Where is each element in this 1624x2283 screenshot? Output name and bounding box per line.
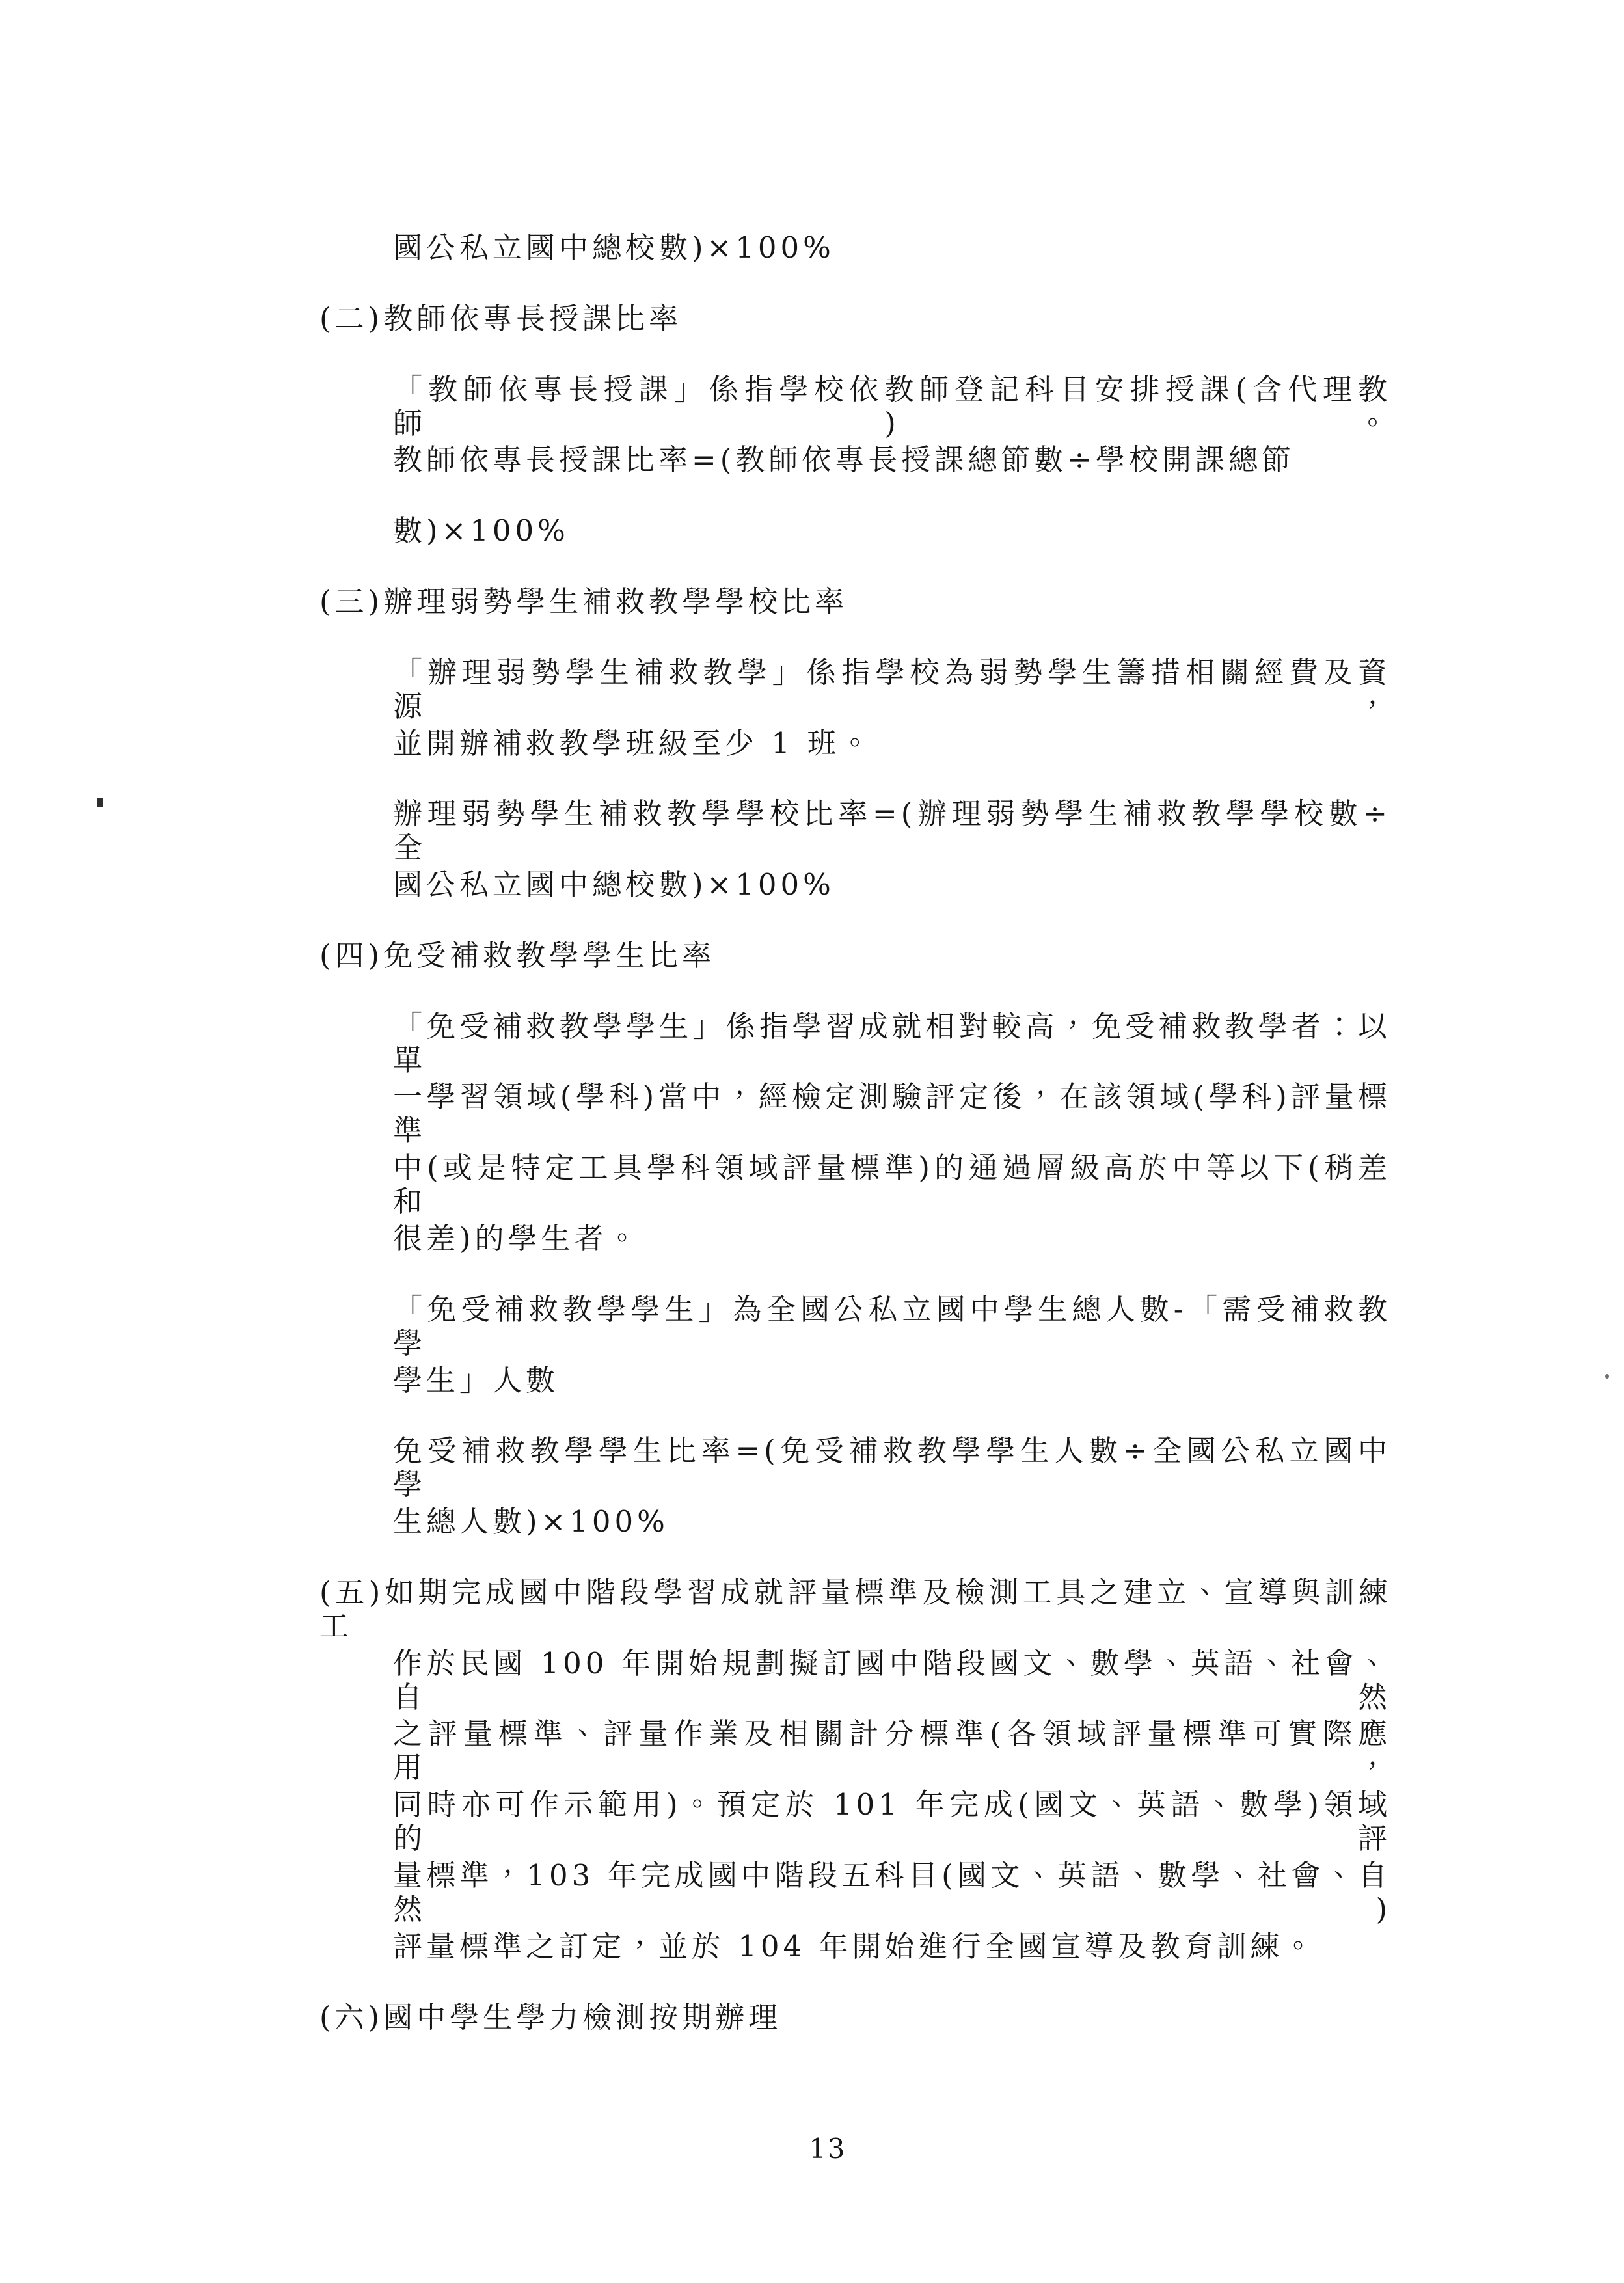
list-item-heading: (四)免受補救教學學生比率 — [319, 939, 715, 973]
paragraph-line: 之評量標準、評量作業及相關計分標準(各領域評量標準可實際應用， — [393, 1717, 1391, 1785]
paragraph-line: 「免受補救教學學生」係指學習成就相對較高，免受補救教學者：以單 — [393, 1010, 1391, 1077]
formula-line: 生總人數)×100% — [393, 1505, 669, 1539]
paragraph-line: 國公私立國中總校數)×100% — [393, 231, 835, 265]
page-number: 13 — [809, 2133, 846, 2165]
paragraph-line: 中(或是特定工具學科領域評量標準)的通過層級高於中等以下(稍差和 — [393, 1151, 1391, 1219]
paragraph-line: 同時亦可作示範用)。預定於 101 年完成(國文、英語、數學)領域的評 — [393, 1788, 1391, 1856]
list-item-heading: (五)如期完成國中階段學習成就評量標準及檢測工具之建立、宣導與訓練工 — [319, 1576, 1392, 1643]
paragraph-line: 很差)的學生者。 — [393, 1222, 641, 1256]
list-item-heading: (六)國中學生學力檢測按期辦理 — [319, 2001, 781, 2034]
formula-line: 教師依專長授課比率=(教師依專長授課總節數÷學校開課總節 — [393, 443, 1295, 477]
paragraph-line: 評量標準之訂定，並於 104 年開始進行全國宣導及教育訓練。 — [393, 1930, 1317, 1964]
paragraph-line: 並開辦補救教學班級至少 1 班。 — [393, 727, 873, 761]
paragraph-line: 量標準，103 年完成國中階段五科目(國文、英語、數學、社會、自然) — [393, 1859, 1391, 1926]
formula-line: 數)×100% — [393, 514, 569, 548]
scan-artifact-speck — [97, 798, 103, 807]
formula-line: 辦理弱勢學生補救教學學校比率=(辦理弱勢學生補救教學學校數÷全 — [393, 797, 1391, 865]
formula-line: 免受補救教學學生比率=(免受補救教學學生人數÷全國公私立國中學 — [393, 1434, 1391, 1502]
paragraph-line: 一學習領域(學科)當中，經檢定測驗評定後，在該領域(學科)評量標準 — [393, 1080, 1391, 1148]
scan-artifact-speck — [1605, 1374, 1609, 1379]
document-page: 國公私立國中總校數)×100% (二)教師依專長授課比率 「教師依專長授課」係指… — [0, 0, 1624, 2283]
paragraph-line: 學生」人數 — [393, 1364, 559, 1398]
list-item-heading: (二)教師依專長授課比率 — [319, 302, 682, 336]
paragraph-line: 「免受補救教學學生」為全國公私立國中學生總人數-「需受補救教學 — [393, 1293, 1391, 1360]
paragraph-line: 「教師依專長授課」係指學校依教師登記科目安排授課(含代理教師)。 — [393, 373, 1391, 440]
formula-line: 國公私立國中總校數)×100% — [393, 868, 835, 902]
paragraph-line: 「辦理弱勢學生補救教學」係指學校為弱勢學生籌措相關經費及資源， — [393, 656, 1391, 723]
paragraph-line: 作於民國 100 年開始規劃擬訂國中階段國文、數學、英語、社會、自然 — [393, 1647, 1391, 1714]
list-item-heading: (三)辦理弱勢學生補救教學學校比率 — [319, 585, 848, 619]
